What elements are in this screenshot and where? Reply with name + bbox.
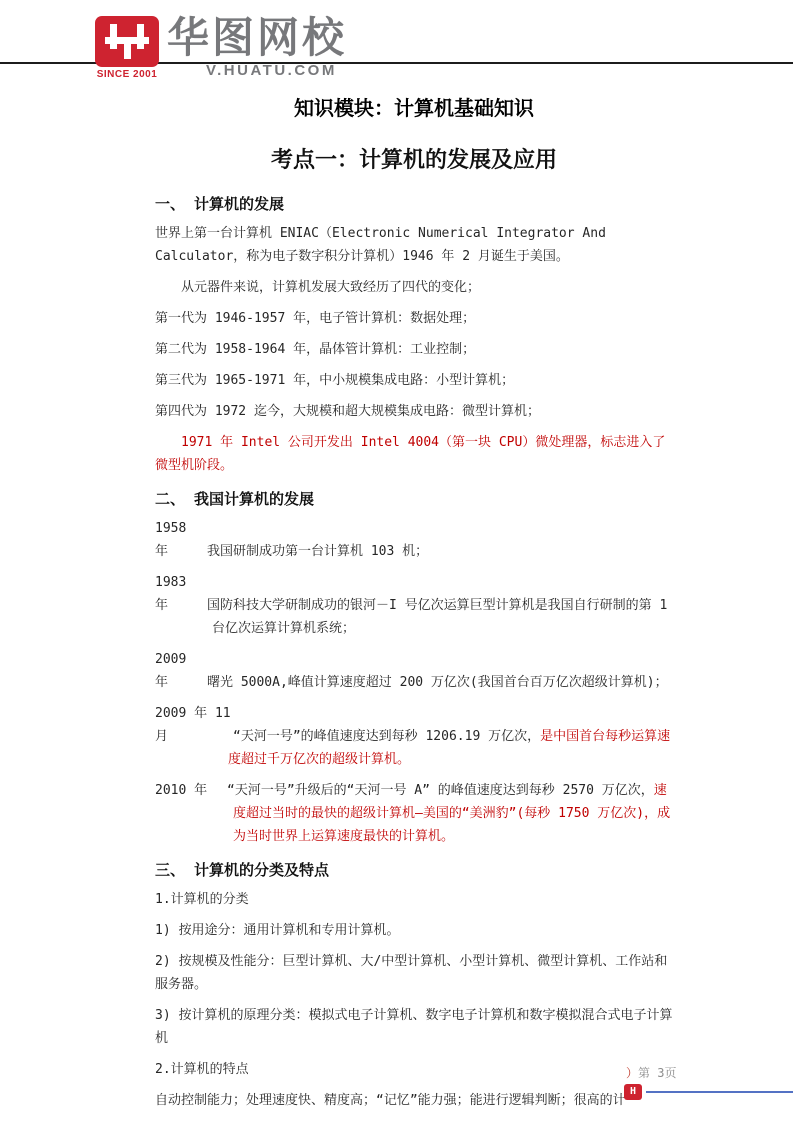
- module-title: 知识模块：计算机基础知识: [155, 96, 673, 122]
- document-page: SINCE 2001 华图网校 V.HUATU.COM 知识模块：计算机基础知识…: [0, 0, 793, 1122]
- entry-year: 1958 年: [155, 517, 207, 563]
- paragraph-eniac: 世界上第一台计算机 ENIAC（Electronic Numerical Int…: [155, 222, 673, 268]
- timeline-entry-2009-11: 2009 年 11 月“天河一号”的峰值速度达到每秒 1206.19 万亿次，是…: [155, 702, 673, 771]
- topic-title: 考点一：计算机的发展及应用: [155, 146, 673, 176]
- entry-year: 2009 年: [155, 648, 207, 694]
- brand-url: V.HUATU.COM: [206, 62, 337, 79]
- footer-page-label: 第 3页: [638, 1066, 676, 1080]
- timeline-entry-2010: 2010 年“天河一号”升级后的“天河一号 A” 的峰值速度达到每秒 2570 …: [155, 779, 673, 848]
- huatu-logo-icon: [95, 16, 159, 67]
- entry-year: 2010 年: [155, 779, 227, 802]
- generation-2: 第二代为 1958-1964 年，晶体管计算机：工业控制；: [155, 338, 673, 361]
- classification-item-2: 2) 按规模及性能分：巨型计算机、大/中型计算机、小型计算机、微型计算机、工作站…: [155, 950, 673, 996]
- classification-item-3: 3) 按计算机的原理分类：模拟式电子计算机、数字电子计算机和数字模拟混合式电子计…: [155, 1004, 673, 1050]
- paragraph-generations-intro: 从元器件来说，计算机发展大致经历了四代的变化；: [155, 276, 673, 299]
- footer-page-number: ）第 3页: [626, 1066, 676, 1080]
- entry-text: 我国研制成功第一台计算机 103 机；: [207, 544, 428, 559]
- entry-text: 曙光 5000A,峰值计算速度超过 200 万亿次(我国首台百万亿次超级计算机)…: [207, 675, 668, 690]
- brand-name: 华图网校: [167, 14, 347, 62]
- paragraph-intel: 1971 年 Intel 公司开发出 Intel 4004（第一块 CPU）微处…: [155, 431, 673, 477]
- document-body: 知识模块：计算机基础知识 考点一：计算机的发展及应用 一、 计算机的发展 世界上…: [155, 96, 673, 1120]
- timeline-entry-2009: 2009 年曙光 5000A,峰值计算速度超过 200 万亿次(我国首台百万亿次…: [155, 648, 673, 694]
- classification-item-1: 1) 按用途分：通用计算机和专用计算机。: [155, 919, 673, 942]
- footer-paren: ）: [626, 1066, 638, 1080]
- subheading-features: 2.计算机的特点: [155, 1058, 673, 1081]
- entry-year: 1983 年: [155, 571, 207, 617]
- timeline-entry-1983: 1983 年国防科技大学研制成功的银河－I 号亿次运算巨型计算机是我国自行研制的…: [155, 571, 673, 640]
- footer-logo-icon: H: [624, 1084, 642, 1100]
- since-label: SINCE 2001: [95, 69, 159, 80]
- timeline-entry-1958: 1958 年我国研制成功第一台计算机 103 机；: [155, 517, 673, 563]
- section-1-heading: 一、 计算机的发展: [155, 194, 673, 214]
- generation-3: 第三代为 1965-1971 年，中小规模集成电路：小型计算机；: [155, 369, 673, 392]
- logo-monogram-stem: [124, 37, 131, 59]
- section-2-heading: 二、 我国计算机的发展: [155, 489, 673, 509]
- generation-1: 第一代为 1946-1957 年，电子管计算机：数据处理；: [155, 307, 673, 330]
- section-3-heading: 三、 计算机的分类及特点: [155, 860, 673, 880]
- paragraph-features: 自动控制能力；处理速度快、精度高；“记忆”能力强；能进行逻辑判断；很高的计: [155, 1089, 673, 1112]
- entry-text: “天河一号”升级后的“天河一号 A” 的峰值速度达到每秒 2570 万亿次，: [227, 783, 654, 798]
- entry-year: 2009 年 11 月: [155, 702, 233, 748]
- entry-text: 国防科技大学研制成功的银河－I 号亿次运算巨型计算机是我国自行研制的第 1 台亿…: [207, 598, 667, 636]
- generation-4: 第四代为 1972 迄今，大规模和超大规模集成电路：微型计算机；: [155, 400, 673, 423]
- footer-rule: [646, 1091, 793, 1093]
- subheading-classification: 1.计算机的分类: [155, 888, 673, 911]
- entry-text: “天河一号”的峰值速度达到每秒 1206.19 万亿次，: [233, 729, 540, 744]
